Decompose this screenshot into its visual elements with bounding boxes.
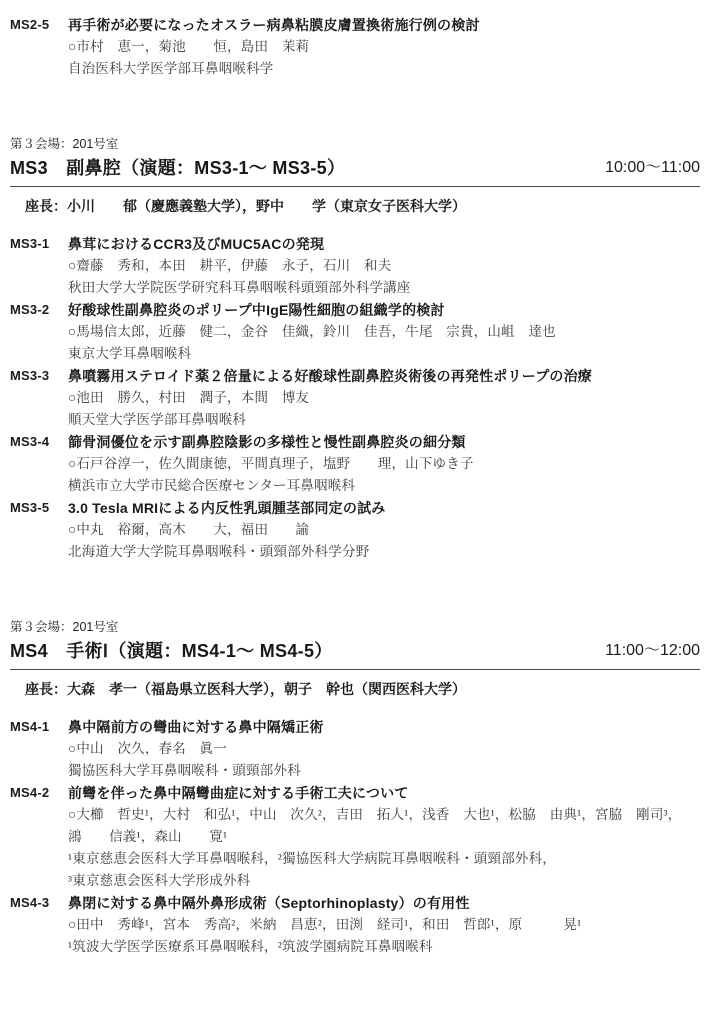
sessions-container: 第３会場：201号室 MS3 副鼻腔（演題：MS3-1〜 MS3-5） 10:0… (10, 134, 700, 958)
affiliation-line: 自治医科大学医学部耳鼻咽喉科学 (68, 58, 700, 80)
presentation-item: MS2-5 再手術が必要になったオスラー病鼻粘膜皮膚置換術施行例の検討 ○市村 … (10, 14, 700, 80)
presentation-title: 3.0 Tesla MRIによる内反性乳頭腫茎部同定の試み (68, 497, 700, 519)
session-header: MS3 副鼻腔（演題：MS3-1〜 MS3-5） 10:00〜11:00 (10, 156, 700, 187)
session-block: 第３会場：201号室 MS4 手術Ⅰ（演題：MS4-1〜 MS4-5） 11:0… (10, 617, 700, 958)
author-line: 鴻 信義¹，森山 寛¹ (68, 826, 700, 848)
author-line: ○池田 勝久，村田 潤子，本間 博友 (68, 387, 700, 409)
session-title: MS3 副鼻腔（演題：MS3-1〜 MS3-5） (10, 156, 345, 180)
presentation-title: 鼻閉に対する鼻中隔外鼻形成術（Septorhinoplasty）の有用性 (68, 892, 700, 914)
affiliation-line: 順天堂大学医学部耳鼻咽喉科 (68, 409, 700, 431)
affiliation-line: 秋田大学大学院医学研究科耳鼻咽喉科頭頸部外科学講座 (68, 277, 700, 299)
presentation-item: MS4-3 鼻閉に対する鼻中隔外鼻形成術（Septorhinoplasty）の有… (10, 892, 700, 958)
presentation-code: MS2-5 (10, 14, 68, 36)
affiliation-line: ¹東京慈恵会医科大学耳鼻咽喉科，²獨協医科大学病院耳鼻咽喉科・頭頸部外科， (68, 848, 700, 870)
author-line: ○石戸谷淳一，佐久間康徳，平間真理子，塩野 理，山下ゆき子 (68, 453, 700, 475)
presentation-code: MS3-2 (10, 299, 68, 321)
presentation-title: 鼻茸におけるCCR3及びMUC5ACの発現 (68, 233, 700, 255)
presentation-content: 鼻茸におけるCCR3及びMUC5ACの発現 ○齋藤 秀和，本田 耕平，伊藤 永子… (68, 233, 700, 299)
program-page: MS2-5 再手術が必要になったオスラー病鼻粘膜皮膚置換術施行例の検討 ○市村 … (0, 0, 710, 1019)
affiliation-line: ³東京慈恵会医科大学形成外科 (68, 870, 700, 892)
presentation-content: 3.0 Tesla MRIによる内反性乳頭腫茎部同定の試み ○中丸 裕爾，高木 … (68, 497, 700, 563)
presentation-item: MS4-1 鼻中隔前方の彎曲に対する鼻中隔矯正術 ○中山 次久，春名 眞一獨協医… (10, 716, 700, 782)
presentation-code: MS3-4 (10, 431, 68, 453)
presentation-item: MS3-5 3.0 Tesla MRIによる内反性乳頭腫茎部同定の試み ○中丸 … (10, 497, 700, 563)
affiliation-line: ¹筑波大学医学医療系耳鼻咽喉科，²筑波学園病院耳鼻咽喉科 (68, 936, 700, 958)
presentation-content: 再手術が必要になったオスラー病鼻粘膜皮膚置換術施行例の検討 ○市村 恵一，菊池 … (68, 14, 700, 80)
session-items: MS3-1 鼻茸におけるCCR3及びMUC5ACの発現 ○齋藤 秀和，本田 耕平… (10, 217, 700, 563)
presentation-item: MS3-3 鼻噴霧用ステロイド薬２倍量による好酸球性副鼻腔炎術後の再発性ポリープ… (10, 365, 700, 431)
author-line: ○市村 恵一，菊池 恒，島田 茉莉 (68, 36, 700, 58)
author-line: ○田中 秀峰¹，宮本 秀高²，米納 昌恵²，田渕 経司¹，和田 哲郎¹，原 晃¹ (68, 914, 700, 936)
session-venue: 第３会場：201号室 (10, 134, 700, 154)
presentation-content: 篩骨洞優位を示す副鼻腔陰影の多様性と慢性副鼻腔炎の細分類 ○石戸谷淳一，佐久間康… (68, 431, 700, 497)
presentation-code: MS4-2 (10, 782, 68, 804)
session-header: MS4 手術Ⅰ（演題：MS4-1〜 MS4-5） 11:00〜12:00 (10, 639, 700, 670)
author-line: ○齋藤 秀和，本田 耕平，伊藤 永子，石川 和夫 (68, 255, 700, 277)
presentation-title: 再手術が必要になったオスラー病鼻粘膜皮膚置換術施行例の検討 (68, 14, 700, 36)
presentation-code: MS3-5 (10, 497, 68, 519)
presentation-content: 好酸球性副鼻腔炎のポリープ中IgE陽性細胞の組織学的検討 ○馬場信太郎，近藤 健… (68, 299, 700, 365)
presentation-title: 前彎を伴った鼻中隔彎曲症に対する手術工夫について (68, 782, 700, 804)
session-title: MS4 手術Ⅰ（演題：MS4-1〜 MS4-5） (10, 639, 333, 663)
presentation-content: 鼻閉に対する鼻中隔外鼻形成術（Septorhinoplasty）の有用性 ○田中… (68, 892, 700, 958)
presentation-title: 鼻噴霧用ステロイド薬２倍量による好酸球性副鼻腔炎術後の再発性ポリープの治療 (68, 365, 700, 387)
presentation-item: MS3-2 好酸球性副鼻腔炎のポリープ中IgE陽性細胞の組織学的検討 ○馬場信太… (10, 299, 700, 365)
presentation-code: MS3-1 (10, 233, 68, 255)
author-line: ○中丸 裕爾，高木 大，福田 諭 (68, 519, 700, 541)
presentation-content: 前彎を伴った鼻中隔彎曲症に対する手術工夫について ○大櫛 哲史¹，大村 和弘¹，… (68, 782, 700, 892)
session-block: 第３会場：201号室 MS3 副鼻腔（演題：MS3-1〜 MS3-5） 10:0… (10, 134, 700, 563)
presentation-item: MS3-4 篩骨洞優位を示す副鼻腔陰影の多様性と慢性副鼻腔炎の細分類 ○石戸谷淳… (10, 431, 700, 497)
presentation-code: MS4-1 (10, 716, 68, 738)
session-chairs: 座長：大森 孝一（福島県立医科大学），朝子 幹也（関西医科大学） (10, 670, 700, 700)
presentation-content: 鼻噴霧用ステロイド薬２倍量による好酸球性副鼻腔炎術後の再発性ポリープの治療 ○池… (68, 365, 700, 431)
presentation-code: MS4-3 (10, 892, 68, 914)
session-items: MS4-1 鼻中隔前方の彎曲に対する鼻中隔矯正術 ○中山 次久，春名 眞一獨協医… (10, 700, 700, 958)
presentation-item: MS3-1 鼻茸におけるCCR3及びMUC5ACの発現 ○齋藤 秀和，本田 耕平… (10, 233, 700, 299)
author-line: ○馬場信太郎，近藤 健二，金谷 佳織，鈴川 佳吾，牛尾 宗貴，山岨 達也 (68, 321, 700, 343)
affiliation-line: 横浜市立大学市民総合医療センター耳鼻咽喉科 (68, 475, 700, 497)
session-chairs: 座長：小川 郁（慶應義塾大学），野中 学（東京女子医科大学） (10, 187, 700, 217)
affiliation-line: 獨協医科大学耳鼻咽喉科・頭頸部外科 (68, 760, 700, 782)
session-venue: 第３会場：201号室 (10, 617, 700, 637)
affiliation-line: 北海道大学大学院耳鼻咽喉科・頭頸部外科学分野 (68, 541, 700, 563)
affiliation-line: 東京大学耳鼻咽喉科 (68, 343, 700, 365)
presentation-content: 鼻中隔前方の彎曲に対する鼻中隔矯正術 ○中山 次久，春名 眞一獨協医科大学耳鼻咽… (68, 716, 700, 782)
session-time: 10:00〜11:00 (605, 156, 700, 180)
presentation-title: 篩骨洞優位を示す副鼻腔陰影の多様性と慢性副鼻腔炎の細分類 (68, 431, 700, 453)
orphan-item-container: MS2-5 再手術が必要になったオスラー病鼻粘膜皮膚置換術施行例の検討 ○市村 … (10, 14, 700, 80)
presentation-code: MS3-3 (10, 365, 68, 387)
author-line: ○中山 次久，春名 眞一 (68, 738, 700, 760)
presentation-title: 好酸球性副鼻腔炎のポリープ中IgE陽性細胞の組織学的検討 (68, 299, 700, 321)
presentation-title: 鼻中隔前方の彎曲に対する鼻中隔矯正術 (68, 716, 700, 738)
session-time: 11:00〜12:00 (605, 639, 700, 663)
presentation-item: MS4-2 前彎を伴った鼻中隔彎曲症に対する手術工夫について ○大櫛 哲史¹，大… (10, 782, 700, 892)
author-line: ○大櫛 哲史¹，大村 和弘¹，中山 次久²，吉田 拓人¹，浅香 大也¹，松脇 由… (68, 804, 700, 826)
